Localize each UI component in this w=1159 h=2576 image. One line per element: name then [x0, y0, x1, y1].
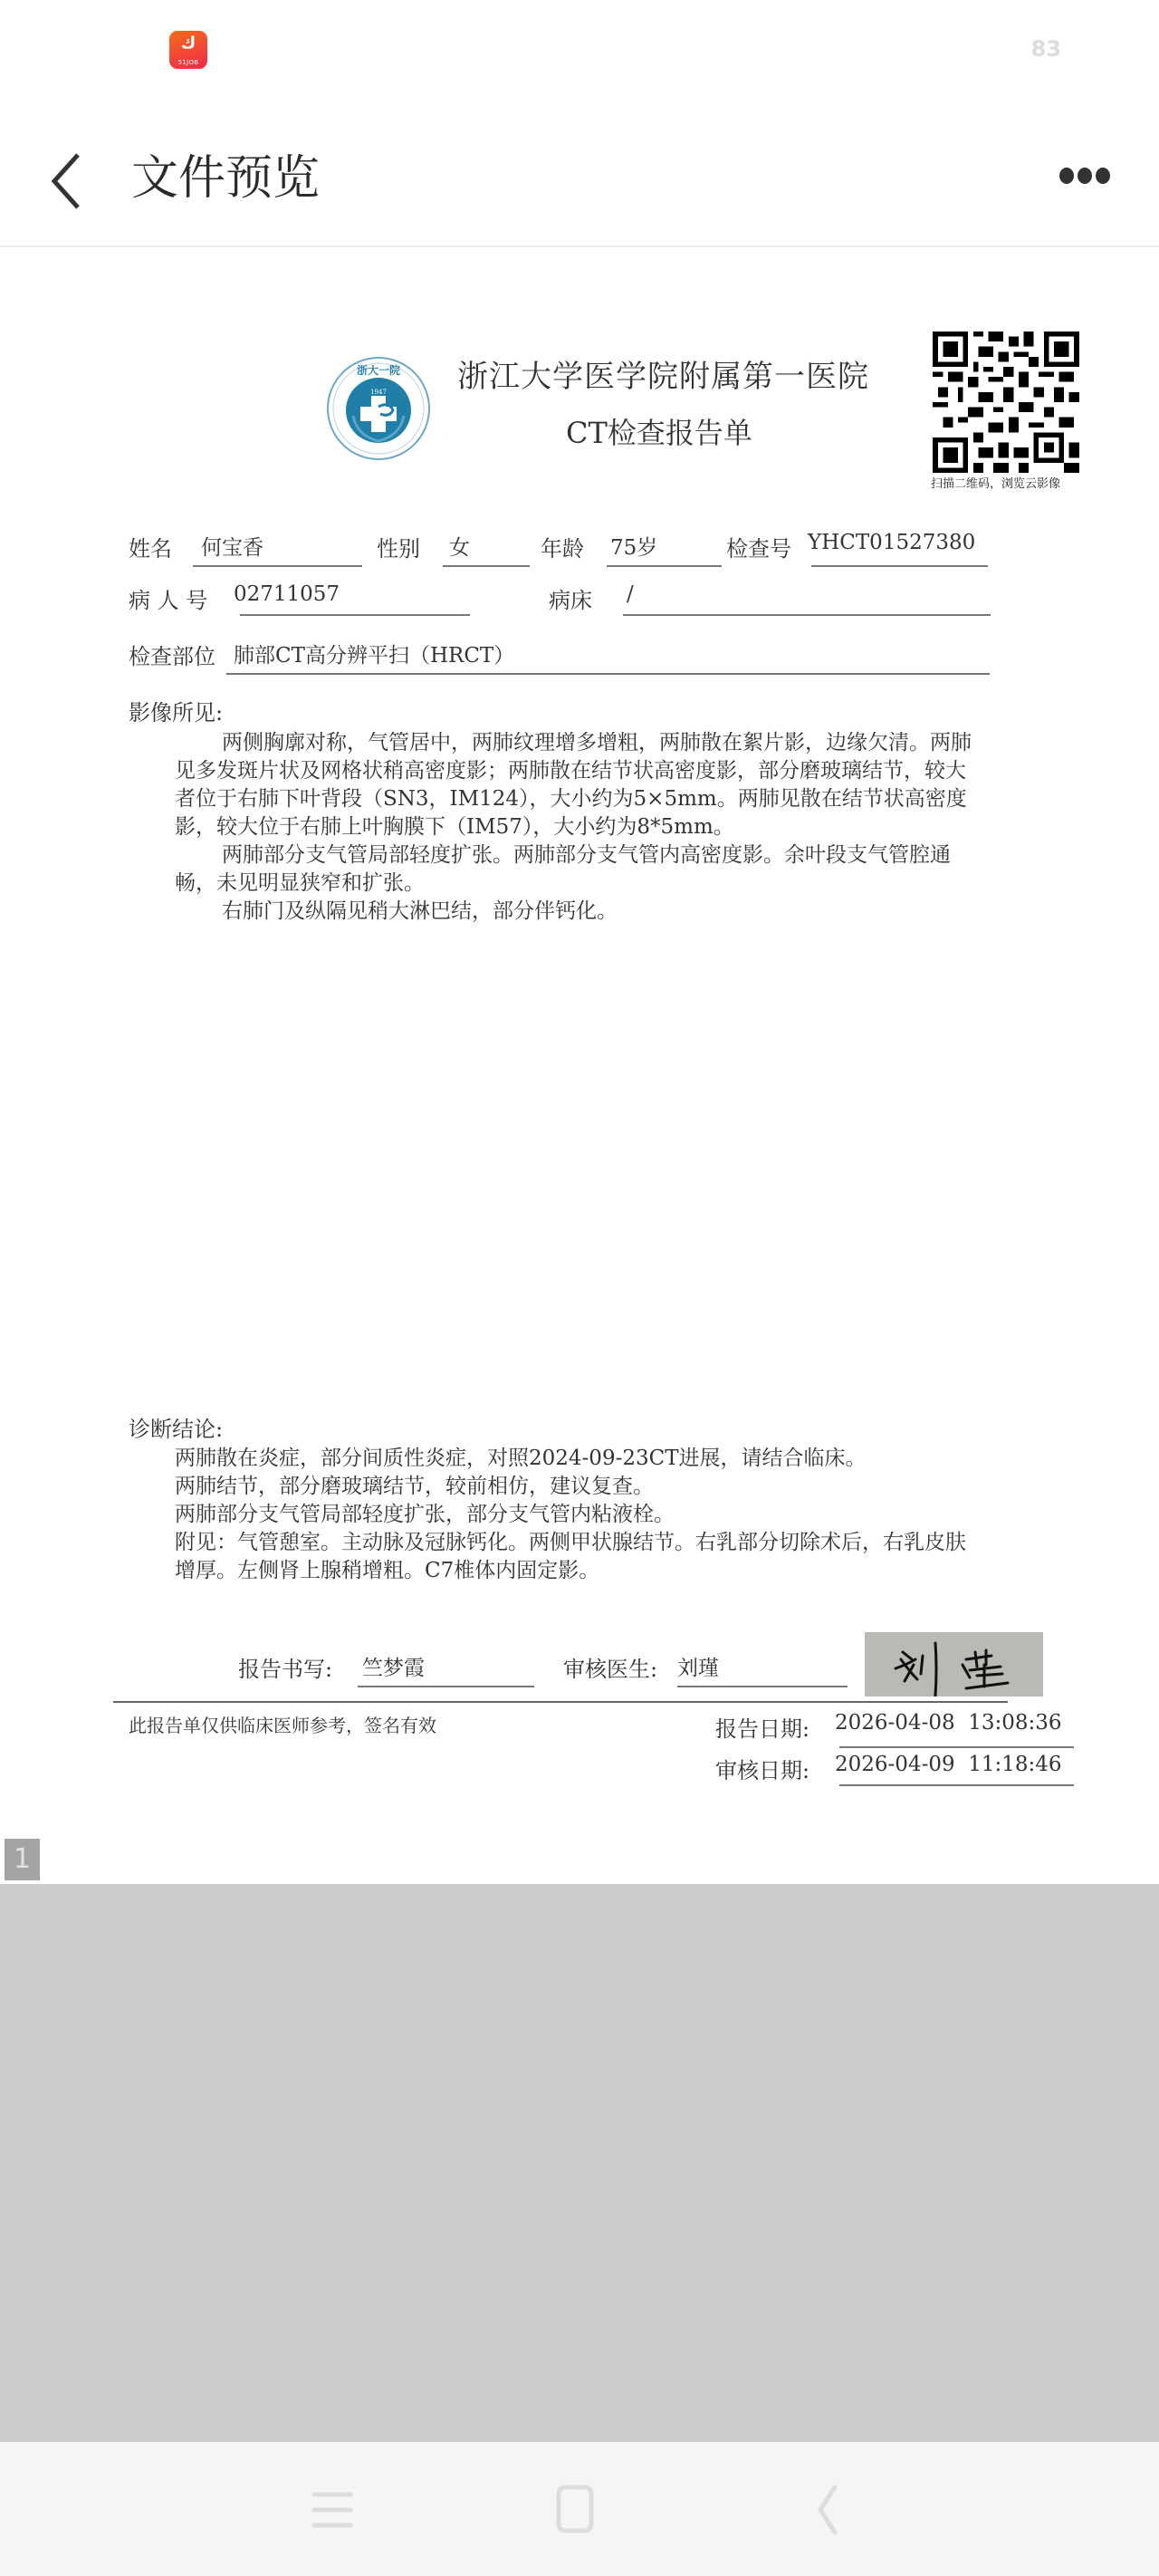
findings-paragraph: 右肺门及纵隔见稍大淋巴结，部分伴钙化。	[175, 898, 972, 926]
bed-label: 病床	[549, 582, 592, 614]
writer-label: 报告书写:	[238, 1651, 332, 1683]
svg-text:1947: 1947	[370, 389, 387, 396]
more-horizontal-icon	[1096, 168, 1110, 184]
patient-no-value: 02711057	[234, 582, 340, 606]
document-page: 1947 浙大一院 浙江大学医学院附属第一医院 CT检查报告单 扫描二维码，浏览…	[0, 247, 1159, 1884]
findings-paragraph: 两侧胸廓对称，气管居中，两肺纹理增多增粗，两肺散在絮片影，边缘欠清。两肺见多发斑…	[175, 729, 972, 841]
home-button[interactable]	[539, 2478, 611, 2542]
back-button[interactable]	[45, 149, 91, 213]
page-title: 文件预览	[131, 147, 320, 210]
gender-label: 性别	[377, 531, 420, 562]
findings-paragraph: 两肺部分支气管局部轻度扩张。两肺部分支气管内高密度影。余叶段支气管腔通畅，未见明…	[175, 841, 972, 898]
bed-value: /	[627, 582, 634, 606]
app-icon-label: 51JOB	[169, 59, 207, 66]
writer-underline	[358, 1686, 534, 1687]
conclusion-line: 附见：气管憩室。主动脉及冠脉钙化。两侧甲状腺结节。右乳部分切除术后，右乳皮肤增厚…	[175, 1529, 972, 1585]
page-number-badge: 1	[5, 1839, 40, 1880]
qr-caption: 扫描二维码，浏览云影像	[931, 474, 1060, 491]
age-underline	[607, 565, 722, 567]
gender-value: 女	[449, 531, 470, 561]
review-date-underline	[839, 1784, 1074, 1786]
report-date-underline	[839, 1746, 1074, 1748]
conclusion-line: 两肺散在炎症，部分间质性炎症，对照2024-09-23CT进展，请结合临床。	[175, 1445, 972, 1473]
age-value: 75岁	[610, 531, 657, 561]
conclusion-title: 诊断结论:	[129, 1411, 223, 1443]
findings-body: 两侧胸廓对称，气管居中，两肺纹理增多增粗，两肺散在絮片影，边缘欠清。两肺见多发斑…	[175, 729, 972, 926]
exam-site-underline	[226, 673, 990, 675]
patient-no-underline	[240, 614, 470, 616]
exam-no-underline	[811, 565, 988, 567]
age-label: 年龄	[541, 531, 584, 562]
patient-no-label: 病 人 号	[129, 582, 207, 614]
app-header: 文件预览	[0, 100, 1159, 247]
conclusion-body: 两肺散在炎症，部分间质性炎症，对照2024-09-23CT进展，请结合临床。 两…	[175, 1445, 972, 1585]
more-horizontal-icon	[1059, 168, 1074, 184]
menu-icon	[294, 2478, 367, 2542]
app-icon-glyph: ك	[169, 34, 207, 53]
system-nav-bar	[0, 2442, 1159, 2576]
status-bar: ك 51JOB 83	[0, 0, 1159, 100]
recents-button[interactable]	[294, 2478, 367, 2542]
more-horizontal-icon	[1078, 168, 1092, 184]
footer-divider	[113, 1701, 1008, 1703]
home-square-icon	[539, 2478, 611, 2542]
report-date-value: 2026-04-08 13:08:36	[835, 1711, 1062, 1735]
conclusion-line: 两肺结节，部分磨玻璃结节，较前相仿，建议复查。	[175, 1473, 972, 1501]
more-options-button[interactable]	[1059, 168, 1117, 195]
exam-no-label: 检查号	[726, 531, 791, 562]
handwritten-signature	[865, 1632, 1043, 1697]
chevron-left-icon	[45, 149, 91, 213]
name-underline	[193, 565, 362, 567]
conclusion-line: 两肺部分支气管局部轻度扩张，部分支气管内粘液栓。	[175, 1501, 972, 1529]
review-date-label: 审核日期:	[715, 1753, 809, 1784]
back-triangle-icon	[788, 2478, 860, 2542]
viewer-background[interactable]	[0, 1884, 1159, 2442]
writer-value: 竺梦霞	[362, 1651, 425, 1681]
gender-underline	[443, 565, 530, 567]
hospital-logo-icon: 1947 浙大一院	[326, 356, 431, 461]
report-title: CT检查报告单	[566, 410, 752, 452]
reviewer-label: 审核医生:	[563, 1651, 657, 1683]
name-label: 姓名	[129, 531, 172, 562]
battery-level: 83	[1031, 36, 1061, 62]
signature-stroke-icon	[865, 1632, 1043, 1697]
report-date-label: 报告日期:	[715, 1711, 809, 1743]
exam-no-value: YHCT01527380	[808, 531, 975, 554]
hospital-name: 浙江大学医学院附属第一医院	[457, 351, 874, 396]
svg-text:浙大一院: 浙大一院	[357, 363, 401, 377]
qr-code-icon[interactable]	[933, 332, 1079, 473]
reviewer-value: 刘瑾	[677, 1651, 719, 1681]
review-date-value: 2026-04-09 11:18:46	[835, 1753, 1062, 1776]
bed-underline	[623, 614, 991, 616]
app-notification-icon: ك 51JOB	[169, 31, 207, 69]
exam-site-label: 检查部位	[129, 639, 216, 670]
exam-site-value: 肺部CT高分辨平扫（HRCT）	[234, 639, 514, 668]
findings-title: 影像所见:	[129, 695, 223, 726]
reviewer-underline	[677, 1686, 848, 1687]
system-back-button[interactable]	[788, 2478, 860, 2542]
disclaimer: 此报告单仅供临床医师参考，签名有效	[129, 1711, 436, 1737]
name-value: 何宝香	[201, 531, 263, 561]
